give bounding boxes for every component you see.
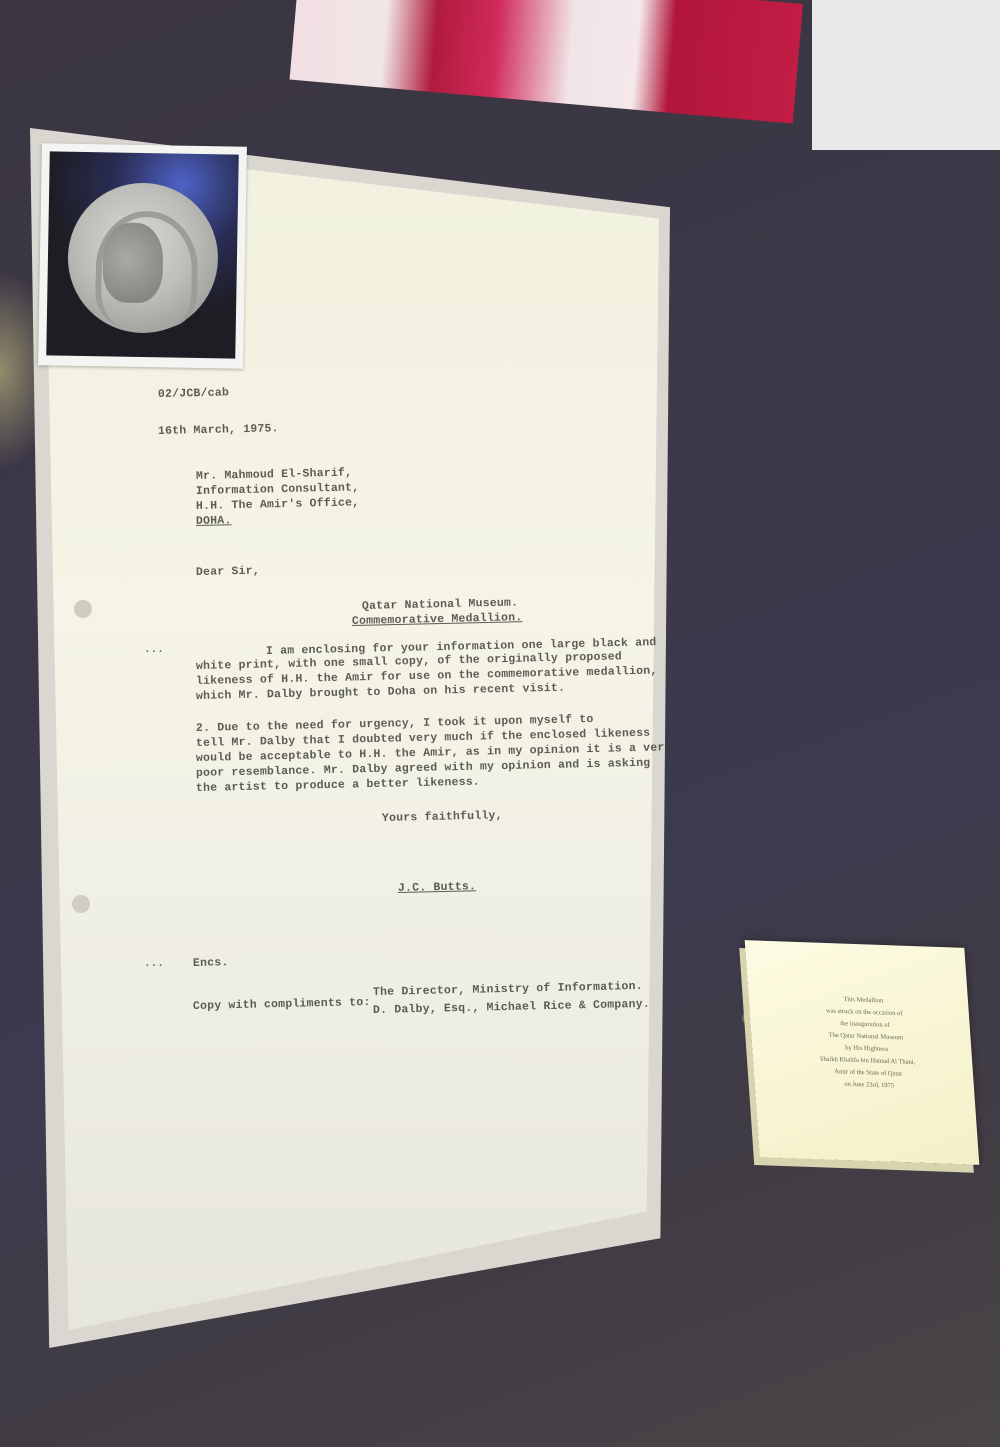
subject-line: Commemorative Medallion.: [352, 611, 523, 628]
enclosure: Encs.: [193, 956, 229, 970]
copy-recipient: The Director, Ministry of Information.: [373, 980, 643, 999]
closing: Yours faithfully,: [382, 809, 503, 825]
signature: J.C. Butts.: [398, 880, 476, 895]
plaque-text: This Medallion was struck on the occasio…: [768, 991, 964, 1095]
margin-mark: ...: [144, 958, 164, 970]
reference-code: 02/JCB/cab: [158, 386, 229, 401]
salutation: Dear Sir,: [196, 565, 260, 579]
letter-date: 16th March, 1975.: [158, 422, 279, 438]
letter-text: 02/JCB/cab 16th March, 1975. Mr. Mahmoud…: [0, 0, 1000, 1447]
recipient-line: Information Consultant,: [196, 481, 360, 498]
copy-recipient: D. Dalby, Esq., Michael Rice & Company.: [373, 998, 650, 1017]
subject-line: Qatar National Museum.: [362, 596, 518, 613]
margin-mark: ...: [144, 644, 164, 656]
recipient-line: H.H. The Amir's Office,: [196, 496, 360, 513]
recipient-line: Mr. Mahmoud El-Sharif,: [196, 466, 352, 483]
copy-label: Copy with compliments to:: [193, 996, 371, 1013]
medallion-plaque: This Medallion was struck on the occasio…: [745, 940, 980, 1165]
recipient-line: DOHA.: [196, 514, 232, 528]
